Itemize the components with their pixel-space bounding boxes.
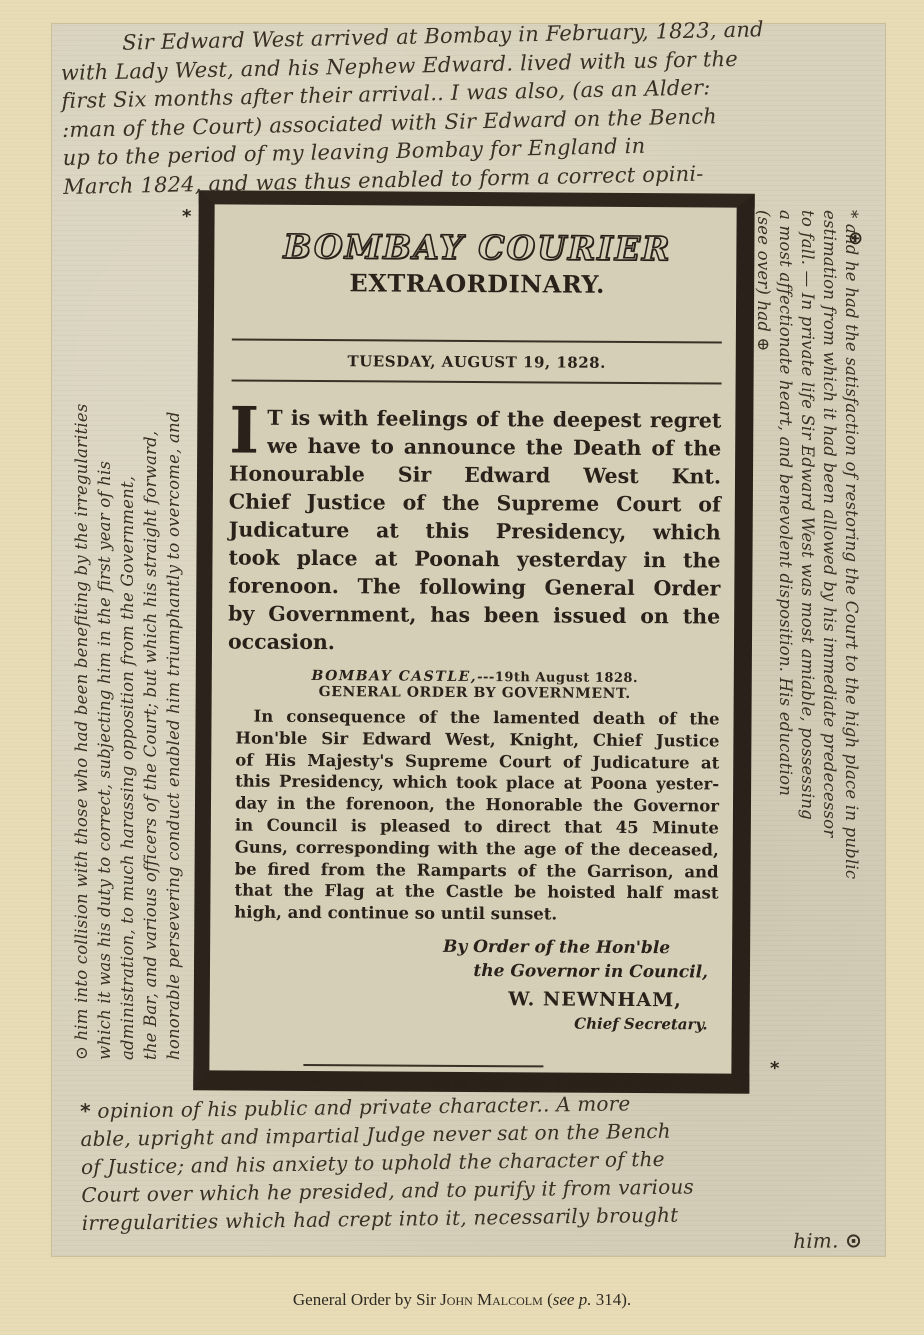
order-line: this Presidency, which took place at Poo… [235,771,719,796]
handwritten-line: estimation from which it had been allowe… [818,210,840,1080]
handwritten-letter-bottom: * opinion of his public and private char… [80,1086,882,1265]
circled-cross-marker-icon: ⊕ [848,228,863,249]
announcement-line: forenoon. The following General Order [228,571,720,602]
announcement-line: T is with feelings of the deepest regret [229,404,721,435]
rule-divider [232,339,722,344]
signature-block: By Order of the Hon'ble the Governor in … [224,933,723,1036]
rule-divider [232,380,722,385]
order-line: In consequence of the lamented death of … [235,706,719,731]
handwritten-right-margin: * and he had the satisfaction of restori… [752,210,862,1080]
handwritten-letter-top: Sir Edward West arrived at Bombay in Feb… [60,13,873,201]
handwritten-line: (see over) had ⊕ [752,210,774,1080]
caption-ref-close: ). [621,1290,631,1309]
order-line: day in the forenoon, the Honorable the G… [235,793,719,818]
announcement-line: by Government, has been issued on the [228,599,720,630]
order-line: of His Majesty's Supreme Court of Judica… [235,749,719,774]
announcement-line: Honourable Sir Edward West Knt. [229,460,721,491]
handwritten-line: administration, to much harassing opposi… [116,190,139,1060]
handwritten-left-margin: ⊙ him into collision with those who had … [70,190,190,1060]
order-heading: GENERAL ORDER BY GOVERNMENT. [226,683,724,702]
general-order-text: In consequence of the lamented death of … [224,705,723,926]
newspaper-date: TUESDAY, AUGUST 19, 1828. [228,351,726,372]
signature-line: By Order of the Hon'ble [224,933,708,960]
signatory-name: W. NEWNHAM, [224,985,708,1012]
announcement-line: occasion. [228,627,720,658]
newspaper-border-frame: BOMBAY COURIER EXTRAORDINARY. TUESDAY, A… [193,190,754,1093]
handwritten-line: ⊙ him into collision with those who had … [70,190,93,1060]
order-line: in Council is pleased to direct that 45 … [235,815,719,840]
announcement-line: took place at Poonah yesterday in the [228,543,720,574]
newspaper-subtitle: EXTRAORDINARY. [228,267,726,299]
signature-line: the Governor in Council, [224,957,708,984]
caption-name: John Malcolm [440,1290,543,1309]
order-line: be fired from the Ramparts of the Garris… [235,858,719,883]
caption-ref-see: see p. [553,1290,592,1309]
handwritten-line: a most affectionate heart, and benevolen… [774,210,796,1080]
newspaper-notice: BOMBAY COURIER EXTRAORDINARY. TUESDAY, A… [223,204,726,1073]
handwritten-line: * and he had the satisfaction of restori… [840,210,862,1080]
asterisk-marker-icon: * [80,1099,91,1123]
asterisk-marker-icon: * [182,206,191,227]
order-line: Hon'ble Sir Edward West, Knight, Chief J… [235,727,719,752]
handwritten-line: to fall. — In private life Sir Edward We… [796,210,818,1080]
announcement-line: Judicature at this Presidency, which [229,515,721,546]
rule-divider [303,1064,543,1067]
announcement-line: we have to announce the Death of the [229,432,721,463]
asterisk-marker-icon: * [770,1058,779,1079]
dateline-date: ---19th August 1828. [477,670,638,686]
signatory-title: Chief Secretary. [224,1009,708,1036]
order-line: Guns, corresponding with the age of the … [235,836,719,861]
order-line: that the Flag at the Castle be hoisted h… [234,880,718,905]
handwritten-line: which it was his duty to correct, subjec… [93,190,116,1060]
caption-prefix: General Order by Sir [293,1290,436,1309]
handwritten-text: him. [793,1228,839,1253]
drop-cap: I [229,406,259,458]
circled-dot-marker-icon: ⊙ [845,1228,862,1252]
order-line: high, and continue so until sunset. [234,902,718,927]
figure-caption: General Order by Sir John Malcolm (see p… [0,1290,924,1310]
newspaper-masthead: BOMBAY COURIER [228,226,726,268]
handwritten-line: the Bar, and various officers of the Cou… [139,190,162,1060]
announcement-line: Chief Justice of the Supreme Court of [229,488,721,519]
caption-page-number: 314 [596,1290,622,1309]
death-announcement: I T is with feelings of the deepest regr… [226,403,726,658]
dateline-place: BOMBAY CASTLE, [311,668,477,685]
handwritten-line: honorable persevering conduct enabled hi… [162,190,185,1060]
